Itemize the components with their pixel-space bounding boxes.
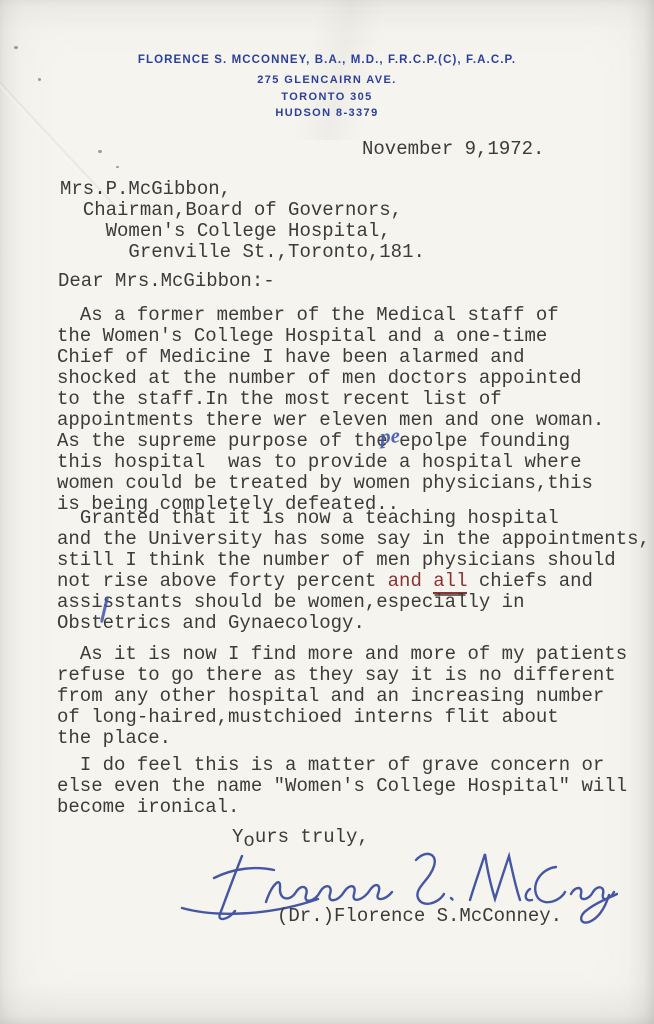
paragraph-1: As a former member of the Medical staff … xyxy=(57,305,604,515)
paragraph-2: Granted that it is now a teaching hospit… xyxy=(57,508,650,634)
paragraph-4: I do feel this is a matter of grave conc… xyxy=(57,755,627,818)
letterhead-name: FLORENCE S. MCCONNEY, B.A., M.D., F.R.C.… xyxy=(0,54,654,66)
handwritten-pen-correction: pe xyxy=(379,423,401,450)
date-line: November 9,1972. xyxy=(362,139,544,160)
red-ink-word-and: and xyxy=(388,570,434,592)
letterhead-phone: HUDSON 8-3379 xyxy=(0,105,654,122)
letter-page: FLORENCE S. MCCONNEY, B.A., M.D., F.R.C.… xyxy=(0,0,654,1024)
letterhead: FLORENCE S. MCCONNEY, B.A., M.D., F.R.C.… xyxy=(0,54,654,122)
paper-speck xyxy=(116,166,119,168)
letterhead-street: 275 GLENCAIRN AVE. xyxy=(0,72,654,89)
typed-signature-name: (Dr.)Florence S.McConney. xyxy=(277,906,562,927)
paper-speck xyxy=(98,150,102,153)
salutation: Dear Mrs.McGibbon:- xyxy=(58,271,275,292)
paper-speck xyxy=(14,46,18,49)
paragraph-3: As it is now I find more and more of my … xyxy=(57,644,627,749)
typo-word-epolpe: epolpe xyxy=(399,431,467,452)
letterhead-city: TORONTO 305 xyxy=(0,89,654,106)
recipient-address-block: Mrs.P.McGibbon, Chairman,Board of Govern… xyxy=(60,179,425,263)
